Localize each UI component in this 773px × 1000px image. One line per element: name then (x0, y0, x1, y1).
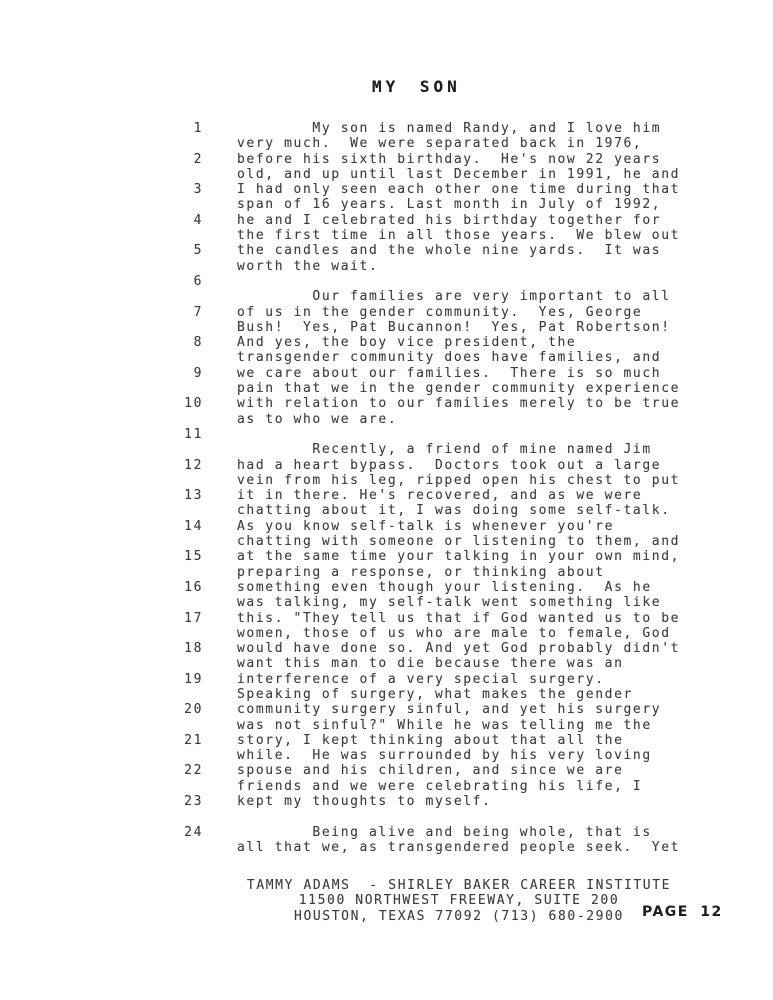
text-line: 10with relation to our families merely t… (158, 396, 680, 411)
line-number (158, 534, 203, 549)
text-line: 12had a heart bypass. Doctors took out a… (158, 458, 680, 473)
line-number: 11 (158, 427, 203, 442)
line-text: My son is named Randy, and I love him (237, 121, 661, 136)
text-line: women, those of us who are male to femal… (158, 626, 680, 641)
text-line: Bush! Yes, Pat Bucannon! Yes, Pat Robert… (158, 320, 680, 335)
line-number: 23 (158, 794, 203, 809)
text-line: very much. We were separated back in 197… (158, 136, 680, 151)
text-line: was not sinful?" While he was telling me… (158, 718, 680, 733)
line-number (158, 779, 203, 794)
line-text: chatting with someone or listening to th… (237, 534, 680, 549)
line-text: friends and we were celebrating his life… (237, 779, 642, 794)
line-text: as to who we are. (237, 412, 397, 427)
line-text: women, those of us who are male to femal… (237, 626, 671, 641)
text-line: 13it in there. He's recovered, and as we… (158, 488, 680, 503)
text-line: Recently, a friend of mine named Jim (158, 442, 680, 457)
text-line: 24 Being alive and being whole, that is (158, 825, 680, 840)
line-text: had a heart bypass. Doctors took out a l… (237, 458, 661, 473)
line-number: 22 (158, 763, 203, 778)
line-text: story, I kept thinking about that all th… (237, 733, 624, 748)
line-text: it in there. He's recovered, and as we w… (237, 488, 642, 503)
line-number (158, 197, 203, 212)
text-line: chatting about it, I was doing some self… (158, 503, 680, 518)
line-number (158, 565, 203, 580)
text-line: 6 (158, 274, 680, 289)
line-text: at the same time your talking in your ow… (237, 549, 680, 564)
line-text: I had only seen each other one time duri… (237, 182, 680, 197)
text-line: friends and we were celebrating his life… (158, 779, 680, 794)
line-text: this. "They tell us that if God wanted u… (237, 611, 680, 626)
line-number (158, 809, 203, 824)
line-number: 6 (158, 274, 203, 289)
line-text: span of 16 years. Last month in July of … (237, 197, 661, 212)
line-text: the candles and the whole nine yards. It… (237, 243, 661, 258)
line-number (158, 718, 203, 733)
line-number: 3 (158, 182, 203, 197)
line-text: vein from his leg, ripped open his chest… (237, 473, 680, 488)
line-text: community surgery sinful, and yet his su… (237, 702, 661, 717)
text-line: 20community surgery sinful, and yet his … (158, 702, 680, 717)
text-line: transgender community does have families… (158, 350, 680, 365)
line-text: Our families are very important to all (237, 289, 671, 304)
line-text: interference of a very special surgery. (237, 672, 605, 687)
line-text: would have done so. And yet God probably… (237, 641, 680, 656)
text-line (158, 809, 680, 824)
document-body: 1 My son is named Randy, and I love himv… (158, 121, 680, 855)
line-number: 10 (158, 396, 203, 411)
page-title: MY SON (372, 77, 461, 96)
line-text: Speaking of surgery, what makes the gend… (237, 687, 633, 702)
text-line: 17this. "They tell us that if God wanted… (158, 611, 680, 626)
line-number: 4 (158, 213, 203, 228)
text-line: all that we, as transgendered people see… (158, 840, 680, 855)
text-line: 14As you know self-talk is whenever you'… (158, 519, 680, 534)
text-line: 11 (158, 427, 680, 442)
line-number: 14 (158, 519, 203, 534)
text-line: 23kept my thoughts to myself. (158, 794, 680, 809)
line-text: the first time in all those years. We bl… (237, 228, 680, 243)
text-line: Our families are very important to all (158, 289, 680, 304)
text-line: 18would have done so. And yet God probab… (158, 641, 680, 656)
text-line: the first time in all those years. We bl… (158, 228, 680, 243)
text-line: 1 My son is named Randy, and I love him (158, 121, 680, 136)
line-text: spouse and his children, and since we ar… (237, 763, 624, 778)
document-page: MY SON 1 My son is named Randy, and I lo… (0, 0, 773, 1000)
line-number (158, 320, 203, 335)
text-line: pain that we in the gender community exp… (158, 381, 680, 396)
line-number: 17 (158, 611, 203, 626)
line-number: 5 (158, 243, 203, 258)
line-number: 19 (158, 672, 203, 687)
line-number: 16 (158, 580, 203, 595)
text-line: as to who we are. (158, 412, 680, 427)
text-line: old, and up until last December in 1991,… (158, 167, 680, 182)
line-number (158, 259, 203, 274)
line-number (158, 381, 203, 396)
text-line: vein from his leg, ripped open his chest… (158, 473, 680, 488)
text-line: 19interference of a very special surgery… (158, 672, 680, 687)
line-text: very much. We were separated back in 197… (237, 136, 642, 151)
line-number (158, 136, 203, 151)
text-line: span of 16 years. Last month in July of … (158, 197, 680, 212)
line-number: 13 (158, 488, 203, 503)
text-line: 3I had only seen each other one time dur… (158, 182, 680, 197)
line-text: kept my thoughts to myself. (237, 794, 492, 809)
text-line: worth the wait. (158, 259, 680, 274)
text-line: 21story, I kept thinking about that all … (158, 733, 680, 748)
line-number (158, 289, 203, 304)
line-text: while. He was surrounded by his very lov… (237, 748, 652, 763)
text-line: 5the candles and the whole nine yards. I… (158, 243, 680, 258)
line-text: we care about our families. There is so … (237, 366, 661, 381)
line-text: worth the wait. (237, 259, 378, 274)
line-text: before his sixth birthday. He's now 22 y… (237, 152, 661, 167)
line-text: old, and up until last December in 1991,… (237, 167, 680, 182)
line-text: transgender community does have families… (237, 350, 661, 365)
line-text: As you know self-talk is whenever you're (237, 519, 614, 534)
line-number (158, 473, 203, 488)
line-number (158, 687, 203, 702)
text-line: 8And yes, the boy vice president, the (158, 335, 680, 350)
line-number (158, 503, 203, 518)
text-line: 16something even though your listening. … (158, 580, 680, 595)
text-line: 9we care about our families. There is so… (158, 366, 680, 381)
line-number: 15 (158, 549, 203, 564)
line-text: chatting about it, I was doing some self… (237, 503, 671, 518)
text-line: want this man to die because there was a… (158, 656, 680, 671)
line-number (158, 167, 203, 182)
line-number: 12 (158, 458, 203, 473)
line-number: 1 (158, 121, 203, 136)
line-text: want this man to die because there was a… (237, 656, 624, 671)
line-text: Being alive and being whole, that is (237, 825, 652, 840)
line-text: something even though your listening. As… (237, 580, 652, 595)
line-text: was talking, my self-talk went something… (237, 595, 661, 610)
line-text: Recently, a friend of mine named Jim (237, 442, 652, 457)
line-number (158, 626, 203, 641)
line-text: of us in the gender community. Yes, Geor… (237, 305, 642, 320)
line-text: And yes, the boy vice president, the (237, 335, 576, 350)
line-text: he and I celebrated his birthday togethe… (237, 213, 661, 228)
line-text: pain that we in the gender community exp… (237, 381, 680, 396)
text-line: was talking, my self-talk went something… (158, 595, 680, 610)
line-number: 7 (158, 305, 203, 320)
line-number: 9 (158, 366, 203, 381)
line-text: preparing a response, or thinking about (237, 565, 605, 580)
text-line: while. He was surrounded by his very lov… (158, 748, 680, 763)
line-number: 2 (158, 152, 203, 167)
text-line: preparing a response, or thinking about (158, 565, 680, 580)
page-number: PAGE 12 (642, 904, 723, 920)
line-number (158, 228, 203, 243)
line-text: Bush! Yes, Pat Bucannon! Yes, Pat Robert… (237, 320, 671, 335)
line-number: 21 (158, 733, 203, 748)
line-text: all that we, as transgendered people see… (237, 840, 680, 855)
text-line: 7of us in the gender community. Yes, Geo… (158, 305, 680, 320)
line-number (158, 412, 203, 427)
line-number: 20 (158, 702, 203, 717)
text-line: 2before his sixth birthday. He's now 22 … (158, 152, 680, 167)
line-number (158, 350, 203, 365)
line-text: with relation to our families merely to … (237, 396, 680, 411)
text-line: chatting with someone or listening to th… (158, 534, 680, 549)
line-number (158, 748, 203, 763)
text-line: 15at the same time your talking in your … (158, 549, 680, 564)
line-number: 18 (158, 641, 203, 656)
line-number (158, 656, 203, 671)
line-number (158, 442, 203, 457)
line-number: 24 (158, 825, 203, 840)
text-line: 22spouse and his children, and since we … (158, 763, 680, 778)
line-number: 8 (158, 335, 203, 350)
line-number (158, 595, 203, 610)
line-number (158, 840, 203, 855)
footer-author-institute: TAMMY ADAMS - SHIRLEY BAKER CAREER INSTI… (153, 878, 765, 893)
text-line: 4he and I celebrated his birthday togeth… (158, 213, 680, 228)
line-text: was not sinful?" While he was telling me… (237, 718, 652, 733)
text-line: Speaking of surgery, what makes the gend… (158, 687, 680, 702)
